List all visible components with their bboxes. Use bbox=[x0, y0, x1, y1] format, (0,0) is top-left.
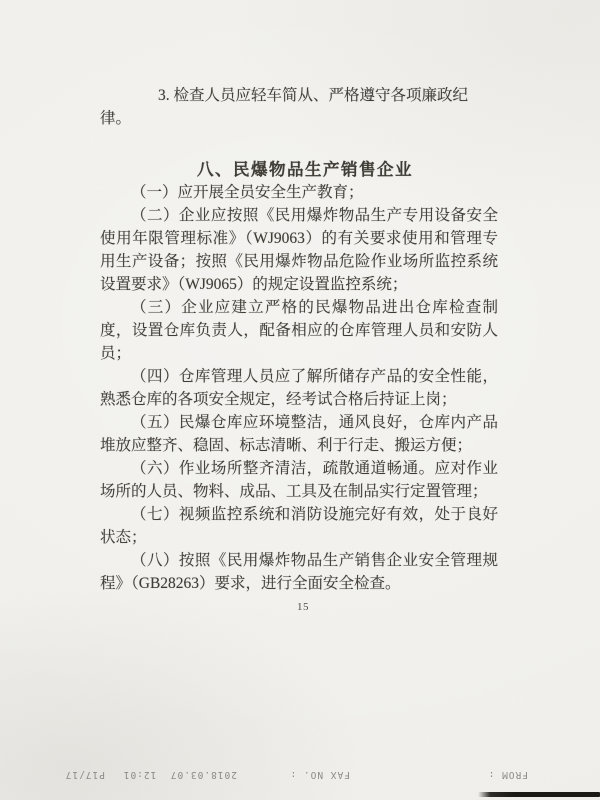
fax-page-indicator: P17/17 bbox=[65, 769, 105, 780]
section-heading: 八、民爆物品生产销售企业 bbox=[112, 158, 498, 181]
page-number: 15 bbox=[0, 601, 600, 613]
fax-datetime: 2018.03.07 12:01 bbox=[123, 769, 237, 780]
paragraph: （六）作业场所整齐清洁，疏散通道畅通。应对作业场所的人员、物料、成品、工具及在制… bbox=[100, 457, 498, 503]
fax-header-line: FROM : FAX NO. : 2018.03.07 12:01 P17/17 bbox=[0, 766, 600, 782]
scanned-fax-page: 3. 检查人员应轻车简从、严格遵守各项廉政纪律。 八、民爆物品生产销售企业 （一… bbox=[0, 0, 600, 800]
paragraph: （四）仓库管理人员应了解所储存产品的安全性能，熟悉仓库的各项安全规定，经考试合格… bbox=[100, 365, 498, 411]
fax-number-label: FAX NO. : bbox=[290, 769, 350, 780]
paragraph: （一）应开展全员安全生产教育； bbox=[100, 181, 498, 204]
paragraph: （五）民爆仓库应环境整洁，通风良好，仓库内产品堆放应整齐、稳固、标志清晰、利于行… bbox=[100, 411, 498, 457]
paragraph: （七）视频监控系统和消防设施完好有效，处于良好状态； bbox=[100, 503, 498, 549]
list-item: 3. 检查人员应轻车简从、严格遵守各项廉政纪律。 bbox=[100, 84, 498, 130]
document-body: 3. 检查人员应轻车简从、严格遵守各项廉政纪律。 八、民爆物品生产销售企业 （一… bbox=[100, 84, 498, 595]
paragraph: （八）按照《民用爆炸物品生产销售企业安全管理规程》（GB28263）要求，进行全… bbox=[100, 549, 498, 595]
paragraph: （三）企业应建立严格的民爆物品进出仓库检查制度，设置仓库负责人，配备相应的仓库管… bbox=[100, 296, 498, 365]
scan-edge-artifact bbox=[478, 792, 600, 797]
fax-from-label: FROM : bbox=[488, 769, 528, 780]
paragraph: （二）企业应按照《民用爆炸物品生产专用设备安全使用年限管理标准》（WJ9063）… bbox=[100, 204, 498, 296]
